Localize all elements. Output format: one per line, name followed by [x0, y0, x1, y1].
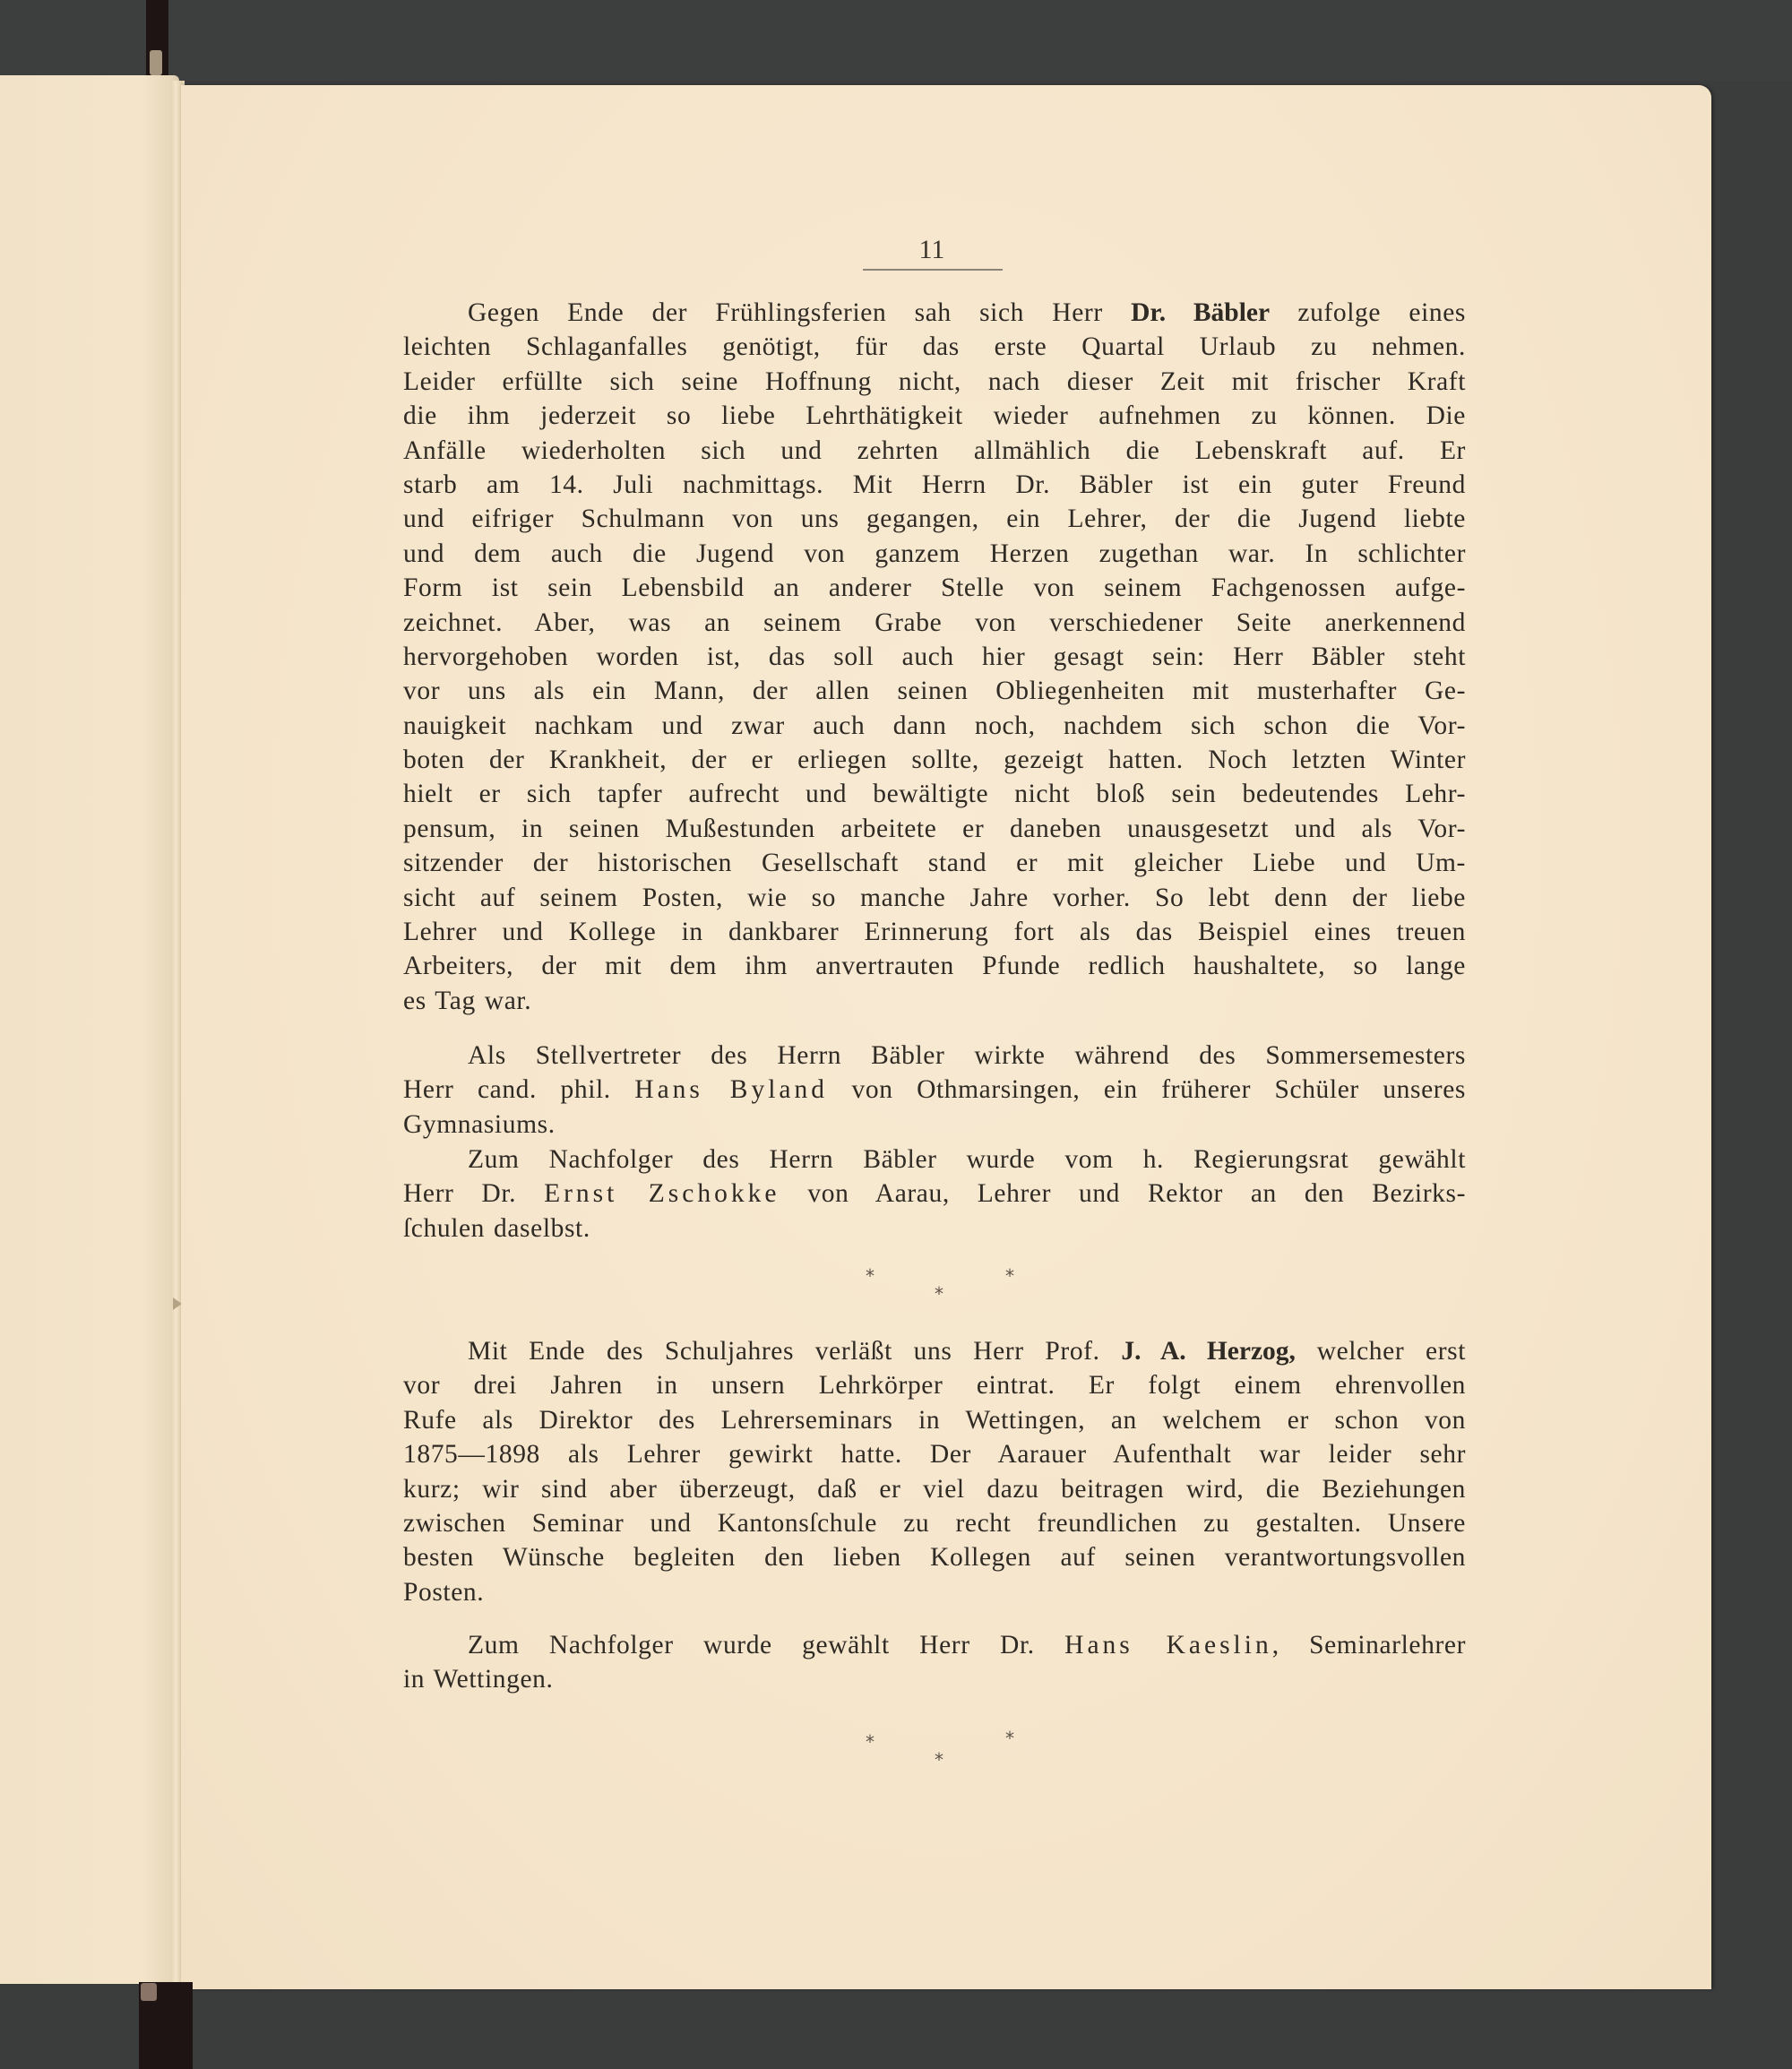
text-line: nauigkeit nachkam und zwar auch dann noc… [403, 709, 1466, 743]
text-line: Zum Nachfolger des Herrn Bäbler wurde vo… [403, 1142, 1466, 1177]
text-line: sitzender der historischen Gesellschaft … [403, 846, 1466, 880]
left-page-edge [0, 75, 179, 1984]
asterism-star-1: * [866, 1265, 874, 1287]
text-line: boten der Krankheit, der er erliegen sol… [403, 743, 1466, 777]
asterism-star-2: * [1005, 1265, 1014, 1287]
text-line: 1875—1898 als Lehrer gewirkt hatte. Der … [403, 1437, 1466, 1471]
paragraph-zschokke-successor: Zum Nachfolger des Herrn Bäbler wurde vo… [403, 1142, 1466, 1246]
text-line: Herr Dr. Ernst Zschokke von Aarau, Lehre… [403, 1177, 1466, 1211]
text-line: Anfälle wiederholten sich und zehrten al… [403, 434, 1466, 468]
scan-background-top [0, 0, 1792, 81]
paragraph-baebler-death: Gegen Ende der Frühlingsferien sah sich … [403, 296, 1466, 1018]
paragraph-kaeslin-successor: Zum Nachfolger wurde gewählt Herr Dr. Ha… [403, 1628, 1466, 1697]
paragraph-byland-substitute: Als Stellvertreter des Herrn Bäbler wirk… [403, 1039, 1466, 1142]
text-line: hervorgehoben worden ist, das soll auch … [403, 640, 1466, 674]
page-number: 11 [896, 235, 968, 265]
text-line: Herr cand. phil. Hans Byland von Othmars… [403, 1073, 1466, 1107]
text-line: es Tag war. [403, 984, 1466, 1018]
text-line: Arbeiters, der mit dem ihm anvertrauten … [403, 949, 1466, 983]
text-line: starb am 14. Juli nachmittags. Mit Herrn… [403, 468, 1466, 502]
text-line: Gegen Ende der Frühlingsferien sah sich … [403, 296, 1466, 330]
text-line: vor uns als ein Mann, der allen seinen O… [403, 674, 1466, 708]
text-line: leichten Schlaganfalles genötigt, für da… [403, 330, 1466, 364]
text-line: und dem auch die Jugend von ganzem Herze… [403, 537, 1466, 571]
text-line: hielt er sich tapfer aufrecht und bewält… [403, 777, 1466, 811]
asterism-star-6: * [935, 1749, 943, 1771]
spaced-name: Hans Byland [634, 1075, 828, 1104]
text-line: zwischen Seminar und Kantonsſchule zu re… [403, 1506, 1466, 1540]
text-line: Mit Ende des Schuljahres verläßt uns Her… [403, 1334, 1466, 1368]
asterism-star-4: * [866, 1731, 874, 1753]
torn-paper-scrap [150, 50, 162, 75]
page-number-rule [863, 269, 1003, 271]
text-line: Form ist sein Lebensbild an anderer Stel… [403, 571, 1466, 605]
text-line: Leider erfüllte sich seine Hoffnung nich… [403, 365, 1466, 399]
text-line: die ihm jederzeit so liebe Lehrthätigkei… [403, 399, 1466, 433]
text-line: Als Stellvertreter des Herrn Bäbler wirk… [403, 1039, 1466, 1073]
text-line: und eifriger Schulmann von uns gegangen,… [403, 502, 1466, 536]
text-line: sicht auf seinem Posten, wie so manche J… [403, 881, 1466, 915]
asterism-star-5: * [1005, 1728, 1014, 1749]
text-line: Rufe als Direktor des Lehrerseminars in … [403, 1403, 1466, 1437]
text-line: pensum, in seinen Mußestunden arbeitete … [403, 812, 1466, 846]
text-line: kurz; wir sind aber überzeugt, daß er vi… [403, 1472, 1466, 1506]
ribbon-frayed-tip [141, 1983, 157, 2001]
spaced-name: Hans Kaeslin [1064, 1631, 1272, 1660]
text-line: Lehrer und Kollege in dankbarer Erinneru… [403, 915, 1466, 949]
spaced-name: Ernst Zschokke [544, 1179, 780, 1208]
text-line: Zum Nachfolger wurde gewählt Herr Dr. Ha… [403, 1628, 1466, 1662]
text-line: ſchulen daselbst. [403, 1211, 1466, 1246]
text-line: vor drei Jahren in unsern Lehrkörper ein… [403, 1368, 1466, 1402]
paragraph-herzog-departure: Mit Ende des Schuljahres verläßt uns Her… [403, 1334, 1466, 1609]
text-line: besten Wünsche begleiten den lieben Koll… [403, 1540, 1466, 1574]
text-line: zeichnet. Aber, was an seinem Grabe von … [403, 606, 1466, 640]
text-line: in Wettingen. [403, 1662, 1466, 1696]
text-line: Posten. [403, 1575, 1466, 1609]
bold-name: Dr. Bäbler [1131, 298, 1270, 327]
text-line: Gymnasiums. [403, 1108, 1466, 1142]
asterism-star-3: * [935, 1283, 943, 1305]
bold-name: J. A. Herzog, [1121, 1337, 1296, 1366]
